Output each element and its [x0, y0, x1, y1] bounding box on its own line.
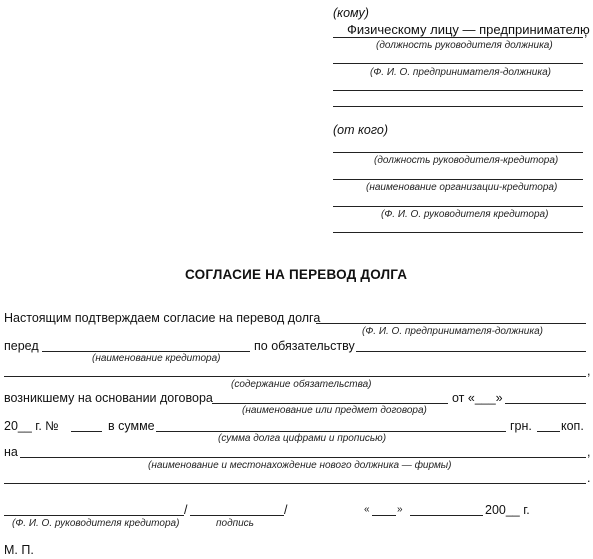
sender-org-line[interactable]	[333, 179, 583, 180]
sender-position-line[interactable]	[333, 152, 583, 153]
contract-date-day: от «___»	[452, 391, 503, 405]
new-debtor-extra-line[interactable]	[4, 483, 586, 484]
document-title: СОГЛАСИЕ НА ПЕРЕВОД ДОЛГА	[185, 267, 407, 282]
currency-label: грн.	[510, 419, 532, 433]
new-debtor-period: .	[587, 471, 590, 485]
contract-line[interactable]	[212, 403, 448, 404]
hint-contract: (наименование или предмет договора)	[242, 405, 427, 416]
signature-month-line[interactable]	[410, 515, 483, 516]
body-line1-text: Настоящим подтверждаем согласие на перев…	[4, 311, 320, 325]
body-line2-before: перед	[4, 339, 39, 353]
signature-day-line[interactable]	[372, 515, 396, 516]
kopecks-label: коп.	[561, 419, 584, 433]
obligation-content-line[interactable]	[4, 376, 586, 377]
obligation-line[interactable]	[356, 351, 586, 352]
hint-debt-sum: (сумма долга цифрами и прописью)	[218, 433, 386, 444]
hint-signature: подпись	[216, 518, 254, 529]
new-debtor-comma: ,	[587, 445, 590, 459]
stamp-place: М. П.	[4, 543, 34, 557]
recipient-position-value: Физическому лицу — предпринимателю	[347, 23, 590, 37]
body-line2-middle: по обязательству	[254, 339, 355, 353]
hint-sender-position: (должность руководителя-кредитора)	[374, 155, 558, 166]
debt-sum-line[interactable]	[156, 431, 506, 432]
sender-name-line[interactable]	[333, 206, 583, 207]
contract-number-line[interactable]	[71, 431, 102, 432]
body-line6-prefix: на	[4, 445, 18, 459]
hint-recipient-position: (должность руководителя должника)	[376, 40, 553, 51]
hint-sender-org: (наименование организации-кредитора)	[366, 182, 557, 193]
signature-year: 200__ г.	[485, 503, 530, 517]
hint-sender-name: (Ф. И. О. руководителя кредитора)	[381, 209, 548, 220]
debtor-name-line[interactable]	[316, 323, 586, 324]
recipient-comma: ,	[584, 25, 587, 39]
new-debtor-line[interactable]	[20, 457, 586, 458]
signature-line[interactable]	[190, 515, 284, 516]
signature-slash-2: /	[284, 503, 287, 517]
sender-extra-line[interactable]	[333, 232, 583, 233]
date-quote-open: «	[364, 503, 370, 517]
hint-recipient-name: (Ф. И. О. предпринимателя-должника)	[370, 67, 551, 78]
hint-creditor-name: (наименование кредитора)	[92, 353, 220, 364]
body-line5-sum: в сумме	[108, 419, 155, 433]
contract-date-month-line[interactable]	[505, 403, 586, 404]
to-label: (кому)	[333, 6, 369, 20]
obligation-comma: ,	[587, 364, 590, 378]
from-label: (от кого)	[333, 123, 388, 137]
recipient-position-line[interactable]	[333, 37, 583, 38]
signature-slash-1: /	[184, 503, 187, 517]
hint-new-debtor: (наименование и местонахождение нового д…	[148, 460, 451, 471]
hint-debtor-name: (Ф. И. О. предпринимателя-должника)	[362, 326, 543, 337]
body-line5-year: 20__ г. №	[4, 419, 59, 433]
hint-obligation-content: (содержание обязательства)	[231, 379, 371, 390]
recipient-name-line[interactable]	[333, 63, 583, 64]
kopecks-line[interactable]	[537, 431, 560, 432]
creditor-name-line[interactable]	[42, 351, 250, 352]
recipient-extra-line-1[interactable]	[333, 90, 583, 91]
date-quote-close: »	[397, 503, 403, 517]
body-line4-text: возникшему на основании договора	[4, 391, 213, 405]
hint-signatory-name: (Ф. И. О. руководителя кредитора)	[12, 518, 179, 529]
recipient-extra-line-2[interactable]	[333, 106, 583, 107]
signatory-name-line[interactable]	[4, 515, 184, 516]
